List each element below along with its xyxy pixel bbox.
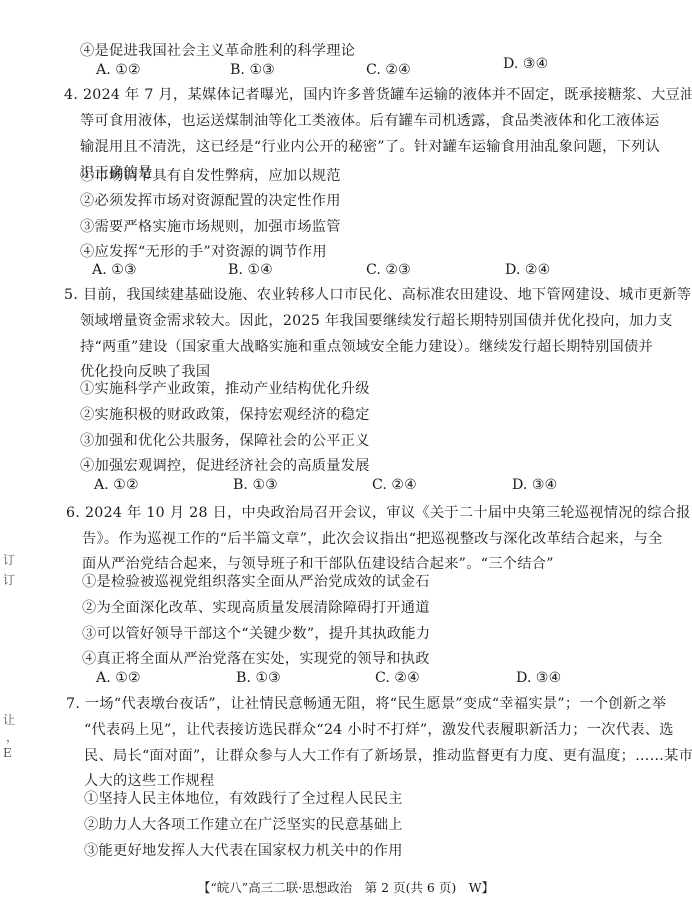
- q3-option-d: D. ③④: [503, 56, 548, 72]
- q4-statement-1: ①市场调节具有自发性弊病，应加以规范: [80, 165, 341, 185]
- q5-stem-line-2: 领域增量资金需求较大。因此，2025 年我国要继续发行超长期特别国债并优化投向，…: [80, 310, 673, 330]
- q5-option-b: B. ①③: [233, 477, 278, 493]
- q5-statement-4: ④加强宏观调控，促进经济社会的高质量发展: [80, 455, 370, 475]
- q4-statement-3: ③需要严格实施市场规则，加强市场监管: [80, 216, 341, 236]
- q6-option-a: A. ①②: [96, 670, 141, 686]
- q4-option-d: D. ②④: [505, 262, 550, 278]
- q5-option-d: D. ③④: [512, 477, 557, 493]
- margin-mark: 订: [3, 551, 15, 568]
- q3-statement-4: ④是促进我国社会主义革命胜利的科学理论: [80, 40, 355, 60]
- margin-mark: 订: [3, 571, 15, 588]
- q3-option-b: B. ①③: [230, 62, 275, 78]
- q4-statement-2: ②必须发挥市场对资源配置的决定性作用: [80, 190, 341, 210]
- q5-statement-2: ②实施积极的财政政策，保持宏观经济的稳定: [80, 404, 370, 424]
- q4-option-b: B. ①④: [228, 262, 273, 278]
- q7-statement-1: ①坚持人民主体地位，有效践行了全过程人民民主: [84, 788, 403, 808]
- q6-statement-1: ①是检验被巡视党组织落实全面从严治党成效的试金石: [82, 571, 430, 591]
- q6-option-d: D. ③④: [516, 670, 561, 686]
- q4-option-a: A. ①③: [92, 262, 137, 278]
- q7-stem-line-1: 7. 一场“代表墩台夜话”，让社情民意畅通无阻，将“民生愿景”变成“幸福实景”；…: [66, 693, 666, 713]
- q5-statement-1: ①实施科学产业政策，推动产业结构优化升级: [80, 378, 370, 398]
- q7-statement-2: ②助力人大各项工作建立在广泛坚实的民意基础上: [84, 814, 403, 834]
- q5-option-a: A. ①②: [94, 477, 139, 493]
- q6-stem-line-2: 告》。作为巡视工作的“后半篇文章”，此次会议指出“把巡视整改与深化改革结合起来，…: [82, 528, 663, 548]
- q4-option-c: C. ②③: [366, 262, 411, 278]
- q3-option-a: A. ①②: [96, 62, 141, 78]
- q6-stem-line-1: 6. 2024 年 10 月 28 日，中央政治局召开会议，审议《关于二十届中央…: [66, 502, 691, 522]
- q4-stem-line-1: 4. 2024 年 7 月，某媒体记者曝光，国内许多普货罐车运输的液体并不固定，…: [64, 84, 692, 104]
- q6-statement-2: ②为全面深化改革、实现高质量发展清除障碍打开通道: [82, 597, 430, 617]
- q5-statement-3: ③加强和优化公共服务，保障社会的公平正义: [80, 430, 370, 450]
- q3-option-c: C. ②④: [366, 62, 411, 78]
- q6-stem-line-3: 面从严治党结合起来，与领导班子和干部队伍建设结合起来”。“三个结合”: [82, 553, 554, 573]
- q6-option-c: C. ②④: [375, 670, 420, 686]
- margin-mark: 让: [3, 711, 15, 728]
- page-footer: 【“皖八”高三二联·思想政治 第 2 页(共 6 页) W】: [0, 878, 692, 896]
- q5-option-c: C. ②④: [372, 477, 417, 493]
- q6-option-b: B. ①③: [236, 670, 281, 686]
- q7-stem-line-3: 民、局长“面对面”，让群众参与人大工作有了新场景，推动监督更有力度、更有温度；……: [84, 745, 692, 765]
- exam-page: ④是促进我国社会主义革命胜利的科学理论 A. ①② B. ①③ C. ②④ D.…: [0, 0, 692, 917]
- q4-stem-line-2: 等可食用液体，也运送煤制油等化工类液体。后有罐车司机透露，食品类液体和化工液体运: [80, 110, 660, 130]
- margin-mark: ，: [6, 728, 18, 745]
- q4-stem-line-3: 输混用且不清洗，这已经是“行业内公开的秘密”了。针对罐车运输食用油乱象问题，下列…: [80, 136, 660, 156]
- q4-statement-4: ④应发挥“无形的手”对资源的调节作用: [80, 241, 327, 261]
- q6-statement-4: ④真正将全面从严治党落在实处，实现党的领导和执政: [82, 648, 430, 668]
- q6-statement-3: ③可以管好领导干部这个“关键少数”，提升其执政能力: [82, 623, 430, 643]
- q7-stem-line-4: 人大的这些工作规程: [84, 770, 214, 790]
- q5-stem-line-3: 持“两重”建设（国家重大战略实施和重点领域安全能力建设）。继续发行超长期特别国债…: [80, 336, 653, 356]
- margin-mark: E: [3, 746, 12, 760]
- q5-stem-line-1: 5. 目前，我国续建基础设施、农业转移人口市民化、高标准农田建设、地下管网建设、…: [64, 284, 691, 304]
- q7-stem-line-2: “代表码上见”，让代表接访选民群众“24 小时不打烊”，激发代表履职新活力；一次…: [84, 719, 674, 739]
- q7-statement-3: ③能更好地发挥人大代表在国家权力机关中的作用: [84, 840, 403, 860]
